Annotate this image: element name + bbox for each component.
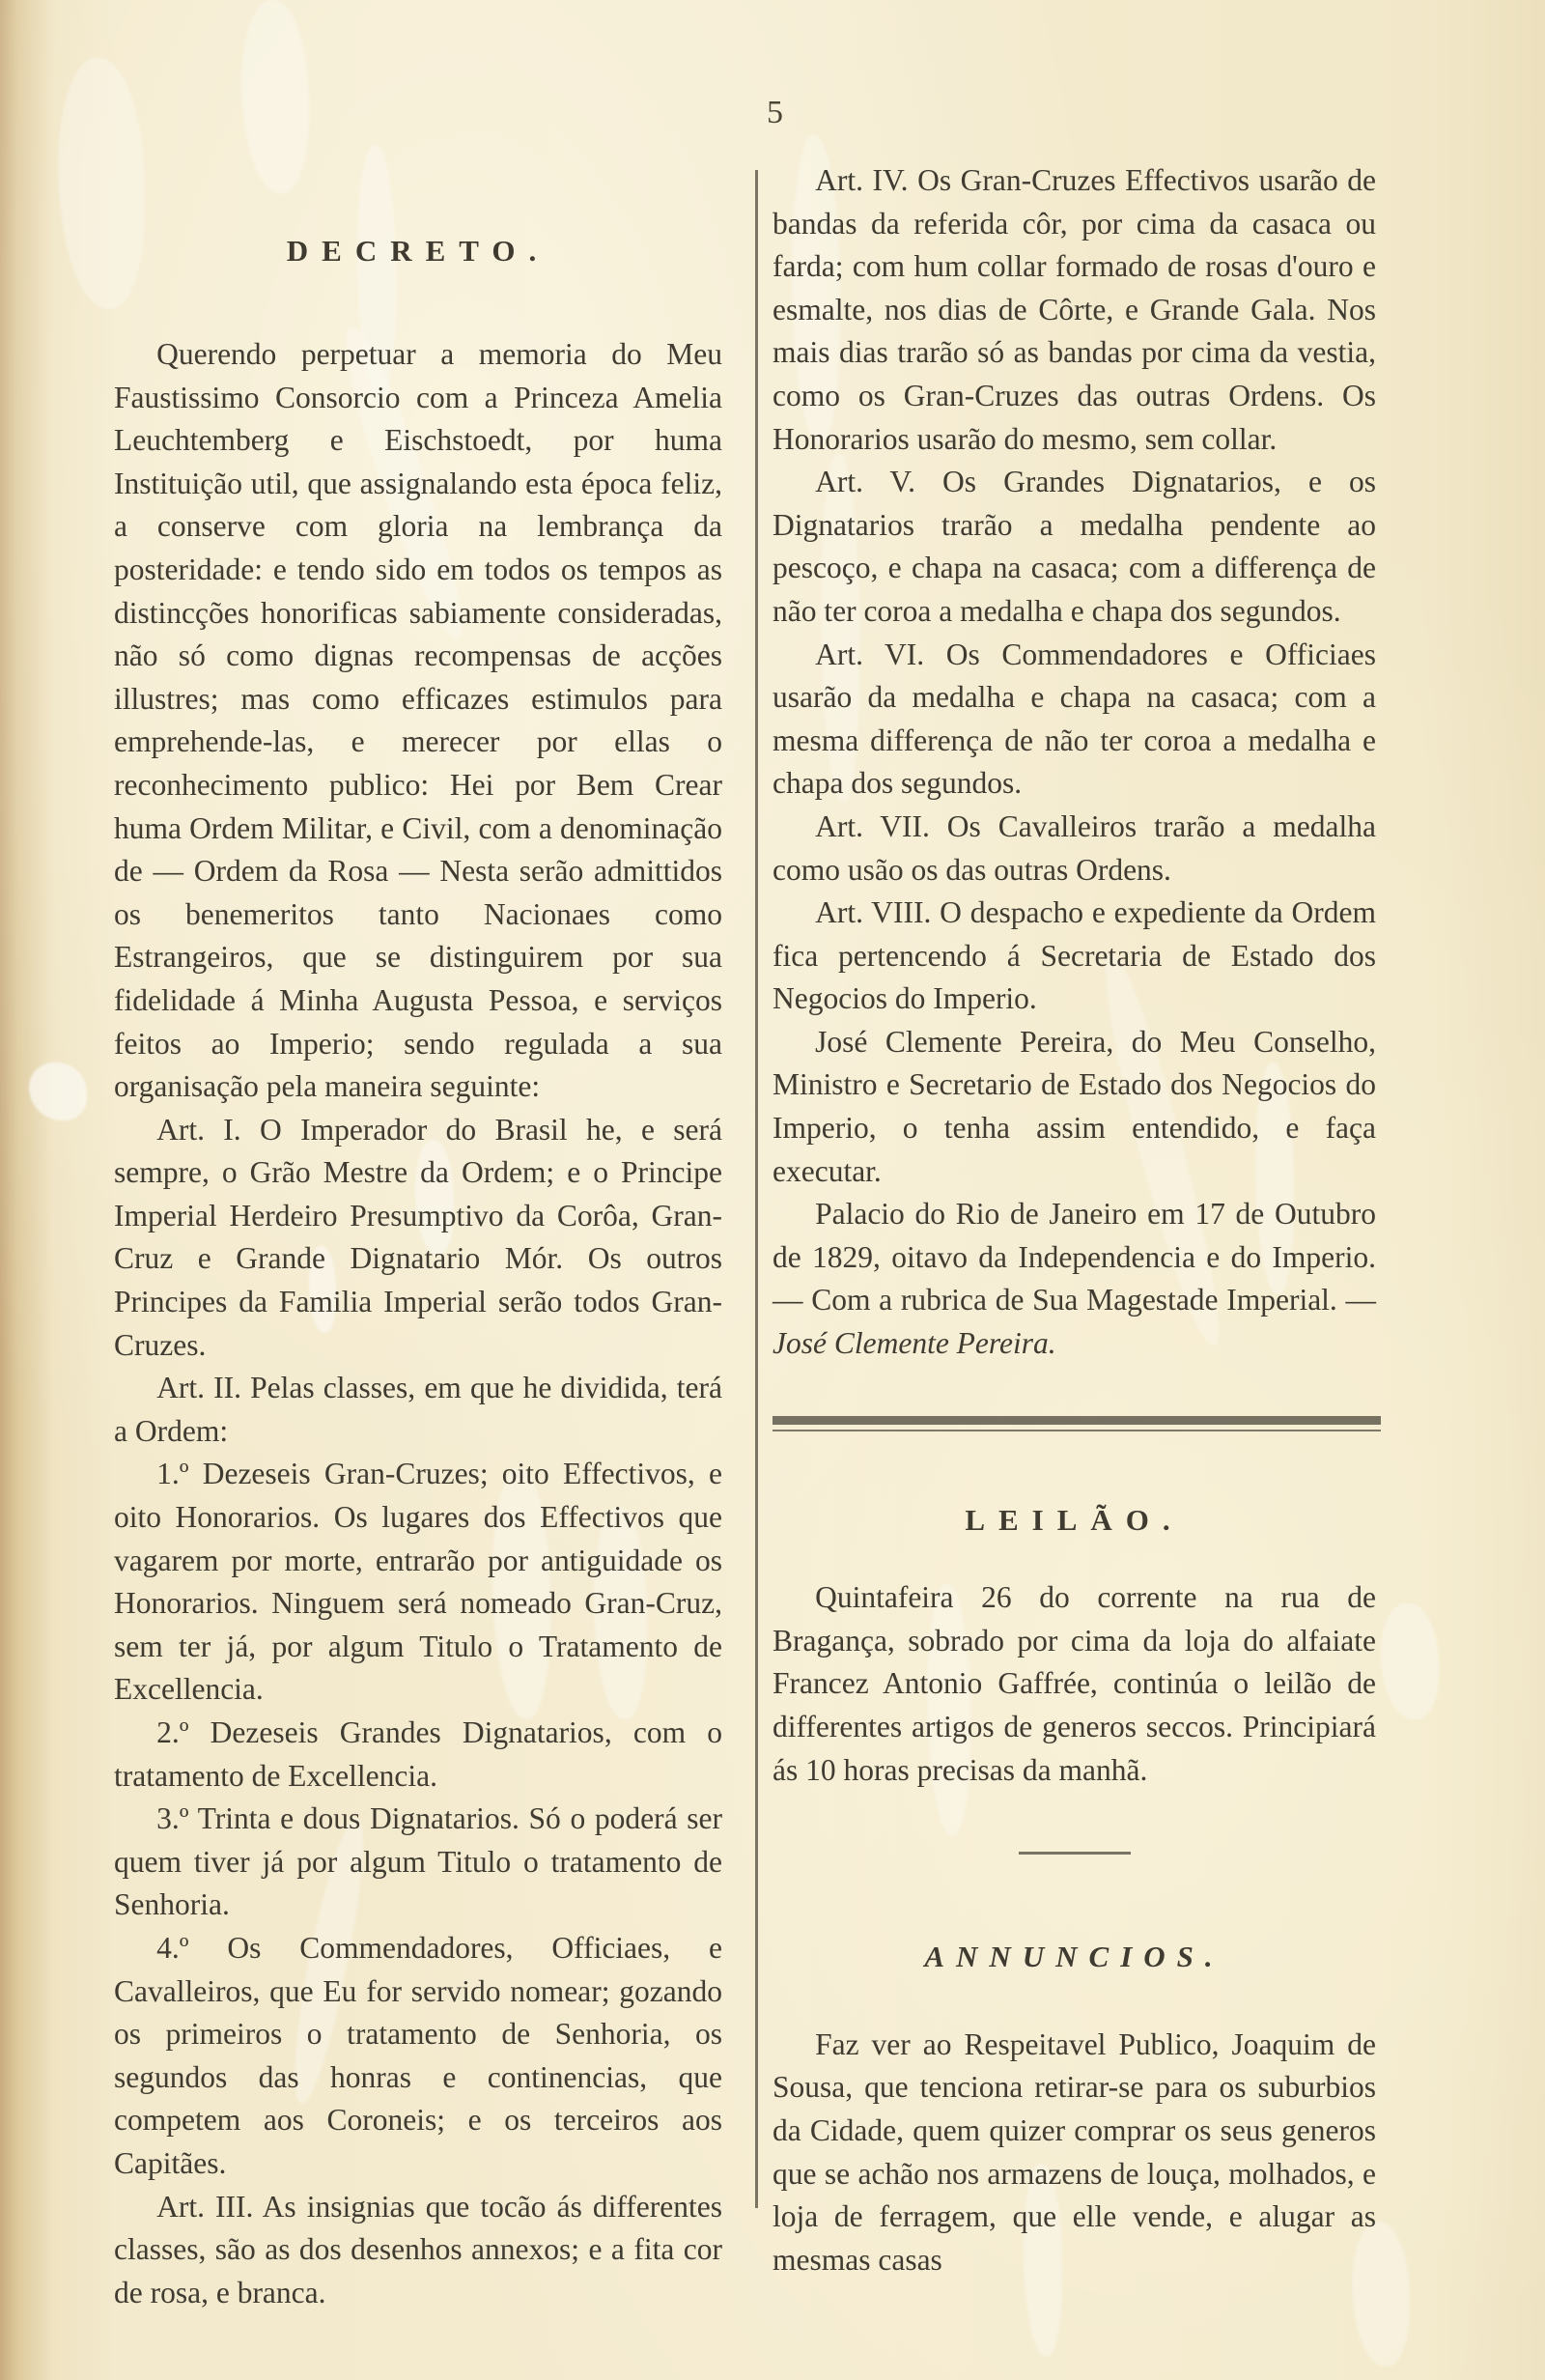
column-divider-rule bbox=[755, 170, 758, 2208]
decree-date-text: Palacio do Rio de Janeiro em 17 de Outub… bbox=[772, 1197, 1376, 1317]
article-1: Art. I. O Imperador do Brasil he, e será… bbox=[114, 1109, 722, 1368]
article-6: Art. VI. Os Commendadores e Officiaes us… bbox=[772, 634, 1376, 806]
article-5: Art. V. Os Grandes Dignatarios, e os Dig… bbox=[772, 461, 1376, 633]
article-2-item-1: 1.º Dezeseis Gran-Cruzes; oito Effectivo… bbox=[114, 1453, 722, 1712]
article-2: Art. II. Pelas classes, em que he dividi… bbox=[114, 1367, 722, 1453]
decree-signature: José Clemente Pereira. bbox=[772, 1326, 1056, 1360]
article-8: Art. VIII. O despacho e expediente da Or… bbox=[772, 892, 1376, 1021]
right-column: Art. IV. Os Gran-Cruzes Effectivos usarã… bbox=[772, 159, 1376, 2281]
leilao-notice: Quintafeira 26 do corrente na rua de Bra… bbox=[772, 1576, 1376, 1792]
decree-closing: Palacio do Rio de Janeiro em 17 de Outub… bbox=[772, 1193, 1376, 1365]
page-number: 5 bbox=[767, 95, 783, 131]
annuncios-heading: ANNUNCIOS. bbox=[772, 1936, 1376, 1979]
article-2-item-2: 2.º Dezeseis Grandes Dignatarios, com o … bbox=[114, 1712, 722, 1798]
article-2-item-3: 3.º Trinta e dous Dignatarios. Só o pode… bbox=[114, 1798, 722, 1927]
separator-thick-line bbox=[772, 1416, 1381, 1425]
article-2-item-4: 4.º Os Commendadores, Officiaes, e Caval… bbox=[114, 1927, 722, 2186]
annuncio-notice: Faz ver ao Respeitavel Publico, Joaquim … bbox=[772, 2024, 1376, 2282]
decreto-preamble: Querendo perpetuar a memoria do Meu Faus… bbox=[114, 333, 722, 1109]
article-3: Art. III. As insignias que tocão ás diff… bbox=[114, 2186, 722, 2315]
separator-thin-line bbox=[772, 1430, 1381, 1431]
decreto-heading: DECRETO. bbox=[114, 234, 722, 269]
leilao-heading: LEILÃO. bbox=[772, 1499, 1376, 1543]
article-7: Art. VII. Os Cavalleiros trarão a medalh… bbox=[772, 806, 1376, 892]
article-4: Art. IV. Os Gran-Cruzes Effectivos usarã… bbox=[772, 159, 1376, 461]
minister-instruction: José Clemente Pereira, do Meu Conselho, … bbox=[772, 1021, 1376, 1193]
left-column: Querendo perpetuar a memoria do Meu Faus… bbox=[114, 333, 722, 2314]
section-separator bbox=[772, 1416, 1381, 1431]
short-separator bbox=[1019, 1852, 1131, 1855]
